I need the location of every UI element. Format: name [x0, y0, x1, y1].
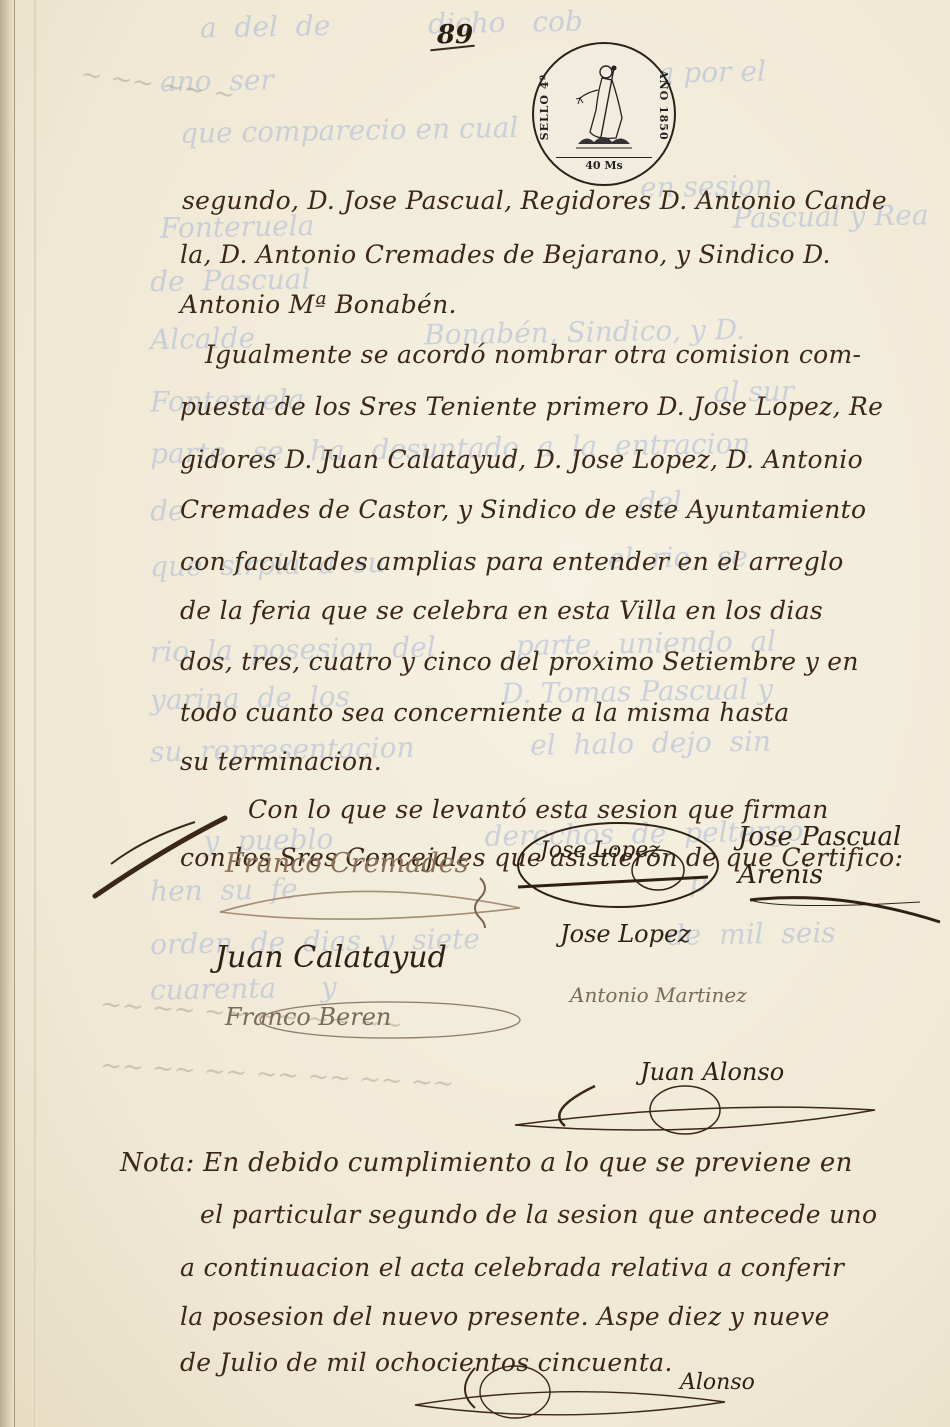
bleed-through-text: ano ser marcha por el — [160, 55, 766, 99]
body-line: Cremades de Castor, y Sindico de este Ay… — [180, 495, 866, 524]
signature-rubric-icon — [740, 890, 950, 930]
bleed-through-text: a del de dicho cob — [200, 5, 583, 45]
manuscript-page: a del de dicho cob ano ser marcha por el… — [0, 0, 950, 1427]
body-line: la, D. Antonio Cremades de Bejarano, y S… — [180, 240, 831, 269]
body-line: gidores D. Juan Calatayud, D. Jose Lopez… — [180, 445, 863, 474]
signature: Jose Pascual Arenis — [738, 818, 938, 894]
signature-rubric-icon — [405, 1360, 735, 1427]
nota-line: la posesion del nuevo presente. Aspe die… — [180, 1302, 830, 1331]
stamp-divider — [556, 157, 652, 158]
signature-rubric-icon — [505, 1070, 885, 1140]
nota-line: el particular segundo de la sesion que a… — [200, 1200, 877, 1229]
body-line: con facultades amplias para entender en … — [180, 547, 844, 576]
signature-rubric-icon — [250, 990, 530, 1050]
body-line: su terminacion. — [180, 747, 382, 776]
seated-allegorical-figure-icon — [576, 62, 632, 152]
stamp-year: AÑO 1850 — [657, 70, 670, 141]
signature-rubric-icon — [200, 868, 540, 928]
page-gutter — [34, 0, 37, 1427]
stamp-value: 40 Ms — [534, 159, 674, 172]
signature: Juan Calatayud — [215, 940, 447, 975]
book-binding-edge — [0, 0, 15, 1427]
nota-line: a continuacion el acta celebrada relativ… — [180, 1253, 844, 1282]
signature: Jose Lopez — [540, 838, 660, 863]
body-line: Antonio Mª Bonabén. — [180, 290, 457, 319]
stamp-seal-class: SELLO 4º — [538, 74, 551, 140]
body-line: todo cuanto sea concerniente a la misma … — [180, 698, 789, 727]
signature: Jose Lopez — [560, 920, 691, 948]
signature: Antonio Martinez — [570, 983, 747, 1007]
body-line: dos, tres, cuatro y cinco del proximo Se… — [180, 647, 859, 676]
tax-stamp-seal: SELLO 4º AÑO 1850 40 Ms — [532, 42, 676, 186]
body-line: segundo, D. Jose Pascual, Regidores D. A… — [182, 186, 887, 215]
signature-rubric-icon — [508, 815, 728, 915]
body-line: de la feria que se celebra en esta Villa… — [180, 596, 823, 625]
nota-line: Nota: En debido cumplimiento a lo que se… — [120, 1148, 853, 1178]
body-line: puesta de los Sres Teniente primero D. J… — [180, 392, 883, 421]
ghost-ink: ~~ ~~ ~~ ~~ ~~ ~~ ~~ — [99, 1051, 455, 1100]
body-line: Igualmente se acordó nombrar otra comisi… — [205, 340, 861, 369]
